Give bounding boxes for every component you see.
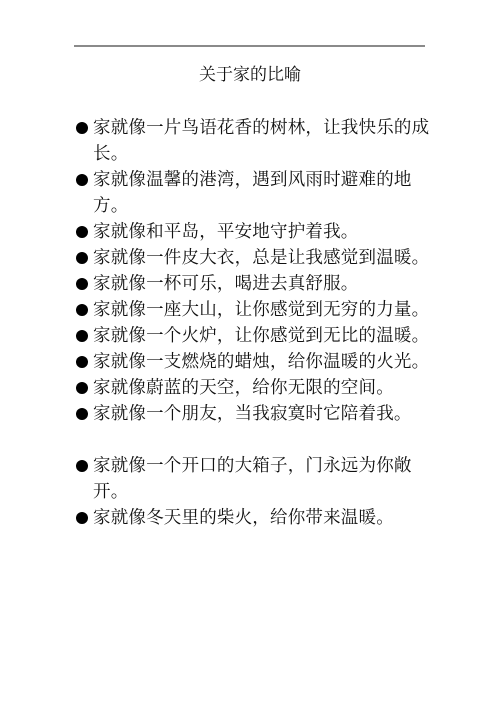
list-item: 家就像一个开口的大箱子，门永远为你敞开。	[76, 453, 436, 505]
list-item-text: 家就像一个朋友，当我寂寞时它陪着我。	[93, 401, 436, 427]
bullet-icon	[76, 382, 88, 394]
list-item-text: 家就像一件皮大衣，总是让我感觉到温暖。	[93, 245, 436, 271]
list-item-text: 家就像一支燃烧的蜡烛，给你温暖的火光。	[93, 349, 436, 375]
list-item-text: 家就像和平岛，平安地守护着我。	[93, 219, 436, 245]
list-item: 家就像一杯可乐，喝进去真舒服。	[76, 271, 436, 297]
bullet-icon	[76, 460, 88, 472]
bullet-icon	[76, 278, 88, 290]
list-item: 家就像一件皮大衣，总是让我感觉到温暖。	[76, 245, 436, 271]
bullet-icon	[76, 408, 88, 420]
list-item: 家就像冬天里的柴火，给你带来温暖。	[76, 505, 436, 531]
list-item-text: 家就像温馨的港湾，遇到风雨时避难的地方。	[93, 167, 436, 219]
list-item-text: 家就像一片鸟语花香的树林，让我快乐的成长。	[93, 115, 436, 167]
list-item: 家就像一个朋友，当我寂寞时它陪着我。	[76, 401, 436, 427]
list-item-text: 家就像一个开口的大箱子，门永远为你敞开。	[93, 453, 436, 505]
metaphor-list: 家就像一片鸟语花香的树林，让我快乐的成长。 家就像温馨的港湾，遇到风雨时避难的地…	[76, 115, 436, 531]
list-item: 家就像一支燃烧的蜡烛，给你温暖的火光。	[76, 349, 436, 375]
list-item: 家就像和平岛，平安地守护着我。	[76, 219, 436, 245]
bullet-icon	[76, 304, 88, 316]
bullet-icon	[76, 356, 88, 368]
list-item: 家就像温馨的港湾，遇到风雨时避难的地方。	[76, 167, 436, 219]
bullet-icon	[76, 252, 88, 264]
list-item: 家就像蔚蓝的天空，给你无限的空间。	[76, 375, 436, 401]
bullet-icon	[76, 122, 88, 134]
bullet-icon	[76, 226, 88, 238]
list-item-text: 家就像一杯可乐，喝进去真舒服。	[93, 271, 436, 297]
list-item-text: 家就像一座大山，让你感觉到无穷的力量。	[93, 297, 436, 323]
list-item: 家就像一座大山，让你感觉到无穷的力量。	[76, 297, 436, 323]
top-horizontal-rule	[74, 45, 425, 47]
document-title: 关于家的比喻	[0, 63, 500, 87]
list-item: 家就像一片鸟语花香的树林，让我快乐的成长。	[76, 115, 436, 167]
list-item: 家就像一个火炉，让你感觉到无比的温暖。	[76, 323, 436, 349]
list-item-text: 家就像一个火炉，让你感觉到无比的温暖。	[93, 323, 436, 349]
bullet-icon	[76, 512, 88, 524]
list-item-text: 家就像冬天里的柴火，给你带来温暖。	[93, 505, 436, 531]
bullet-icon	[76, 174, 88, 186]
list-item-text: 家就像蔚蓝的天空，给你无限的空间。	[93, 375, 436, 401]
bullet-icon	[76, 330, 88, 342]
